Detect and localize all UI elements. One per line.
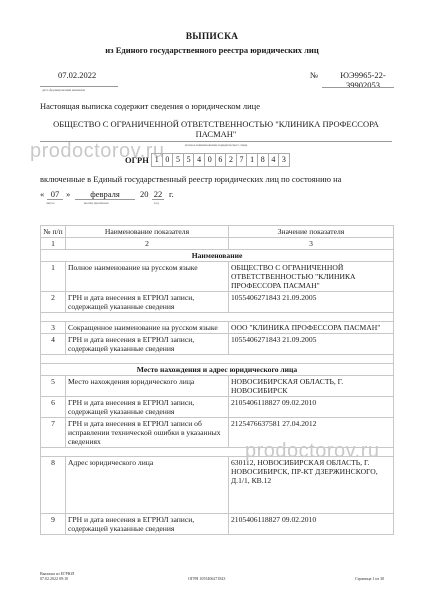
date-caption: дата формирования выписки [42, 88, 85, 92]
table-row: 1 Полное наименование на русском языке О… [41, 262, 394, 292]
ogrn-digit: 3 [278, 153, 290, 167]
row-value: 1055406271843 21.09.2005 [229, 292, 394, 313]
table-row: 2 ГРН и дата внесения в ЕГРЮЛ записи, со… [41, 292, 394, 313]
row-number: 8 [41, 457, 66, 514]
organization-name: ОБЩЕСТВО С ОГРАНИЧЕННОЙ ОТВЕТСТВЕННОСТЬЮ… [40, 119, 392, 139]
open-quote: « [40, 189, 44, 199]
number-underline [322, 87, 394, 88]
spacer-cell [41, 313, 394, 322]
extract-number-line2: 39902053 [328, 80, 398, 90]
column-number-row: 1 2 3 [41, 238, 394, 250]
document-subtitle: из Единого государственного реестра юрид… [0, 45, 424, 55]
row-name: Адрес юридического лица [66, 457, 229, 514]
row-name: ГРН и дата внесения в ЕГРЮЛ записи об ис… [66, 418, 229, 448]
row-number: 9 [41, 514, 66, 535]
as-of-year: 22 [152, 189, 164, 200]
row-number: 6 [41, 397, 66, 418]
document-title: ВЫПИСКА [0, 32, 424, 42]
section-row: Место нахождения и адрес юридического ли… [41, 364, 394, 376]
year-caption: год [154, 201, 159, 205]
table-row: 3 Сокращенное наименование на русском яз… [41, 322, 394, 334]
day-caption: число [46, 201, 55, 205]
row-value: 1055406271843 21.09.2005 [229, 334, 394, 355]
section-row: Наименование [41, 250, 394, 262]
row-number: 1 [41, 262, 66, 292]
as-of-day: 07 [47, 189, 63, 200]
row-number: 5 [41, 376, 66, 397]
row-name: ГРН и дата внесения в ЕГРЮЛ записи, соде… [66, 514, 229, 535]
table-row: 8 Адрес юридического лица 630112, НОВОСИ… [41, 457, 394, 514]
included-text: включенные в Единый государственный реес… [40, 174, 341, 184]
extract-number-line1: ЮЭ9965-22- [328, 70, 398, 80]
as-of-month: февраля [75, 189, 135, 200]
row-name: ГРН и дата внесения в ЕГРЮЛ записи, соде… [66, 397, 229, 418]
row-name: ГРН и дата внесения в ЕГРЮЛ записи, соде… [66, 334, 229, 355]
column-number: 3 [229, 238, 394, 250]
spacer-cell [41, 355, 394, 364]
spacer-row [41, 313, 394, 322]
month-caption: месяц прописью [84, 201, 109, 205]
row-value: 2105406118827 09.02.2010 [229, 514, 394, 535]
row-value: ООО "КЛИНИКА ПРОФЕССОРА ПАСМАН" [229, 322, 394, 334]
column-number: 2 [66, 238, 229, 250]
table-row: 5 Место нахождения юридического лица НОВ… [41, 376, 394, 397]
year-suffix: г. [169, 189, 174, 199]
table-row: 9 ГРН и дата внесения в ЕГРЮЛ записи, со… [41, 514, 394, 535]
header-cell: Наименование показателя [66, 226, 229, 238]
footer-ogrn: ОГРН 1055406271843 [188, 576, 225, 581]
spacer-row [41, 355, 394, 364]
row-value: НОВОСИБИРСКАЯ ОБЛАСТЬ, Г. НОВОСИБИРСК [229, 376, 394, 397]
row-number: 7 [41, 418, 66, 448]
intro-text: Настоящая выписка содержит сведения о юр… [40, 101, 260, 111]
row-number: 2 [41, 292, 66, 313]
as-of-century: 20 [140, 189, 149, 199]
registry-table: № п/п Наименование показателя Значение п… [40, 225, 394, 535]
ogrn-digit-boxes: 1 0 5 5 4 0 6 2 7 1 8 4 3 [151, 153, 289, 167]
watermark: prodoctorov.ru [245, 440, 379, 463]
table-header-row: № п/п Наименование показателя Значение п… [41, 226, 394, 238]
row-number: 3 [41, 322, 66, 334]
close-quote: » [66, 189, 70, 199]
date-underline [40, 86, 118, 87]
number-sign: № [310, 70, 318, 80]
footer-left: Выписка из ЕГРЮЛ 07.02.2022 09:10 [40, 571, 74, 581]
column-number: 1 [41, 238, 66, 250]
section-title: Место нахождения и адрес юридического ли… [41, 364, 394, 376]
row-value: 2105406118827 09.02.2010 [229, 397, 394, 418]
ogrn-label: ОГРН [125, 155, 149, 165]
extract-date: 07.02.2022 [58, 70, 96, 80]
row-name: Полное наименование на русском языке [66, 262, 229, 292]
table-row: 4 ГРН и дата внесения в ЕГРЮЛ записи, со… [41, 334, 394, 355]
table-row: 6 ГРН и дата внесения в ЕГРЮЛ записи, со… [41, 397, 394, 418]
row-number: 4 [41, 334, 66, 355]
section-title: Наименование [41, 250, 394, 262]
row-name: Место нахождения юридического лица [66, 376, 229, 397]
header-cell: № п/п [41, 226, 66, 238]
row-name: Сокращенное наименование на русском язык… [66, 322, 229, 334]
footer-left-line2: 07.02.2022 09:10 [40, 576, 74, 581]
header-cell: Значение показателя [229, 226, 394, 238]
row-value: ОБЩЕСТВО С ОГРАНИЧЕННОЙ ОТВЕТСТВЕННОСТЬЮ… [229, 262, 394, 292]
row-name: ГРН и дата внесения в ЕГРЮЛ записи, соде… [66, 292, 229, 313]
page-indicator: Страница 1 из 30 [355, 576, 384, 581]
row-value: 630112, НОВОСИБИРСКАЯ ОБЛАСТЬ, Г. НОВОСИ… [229, 457, 394, 514]
